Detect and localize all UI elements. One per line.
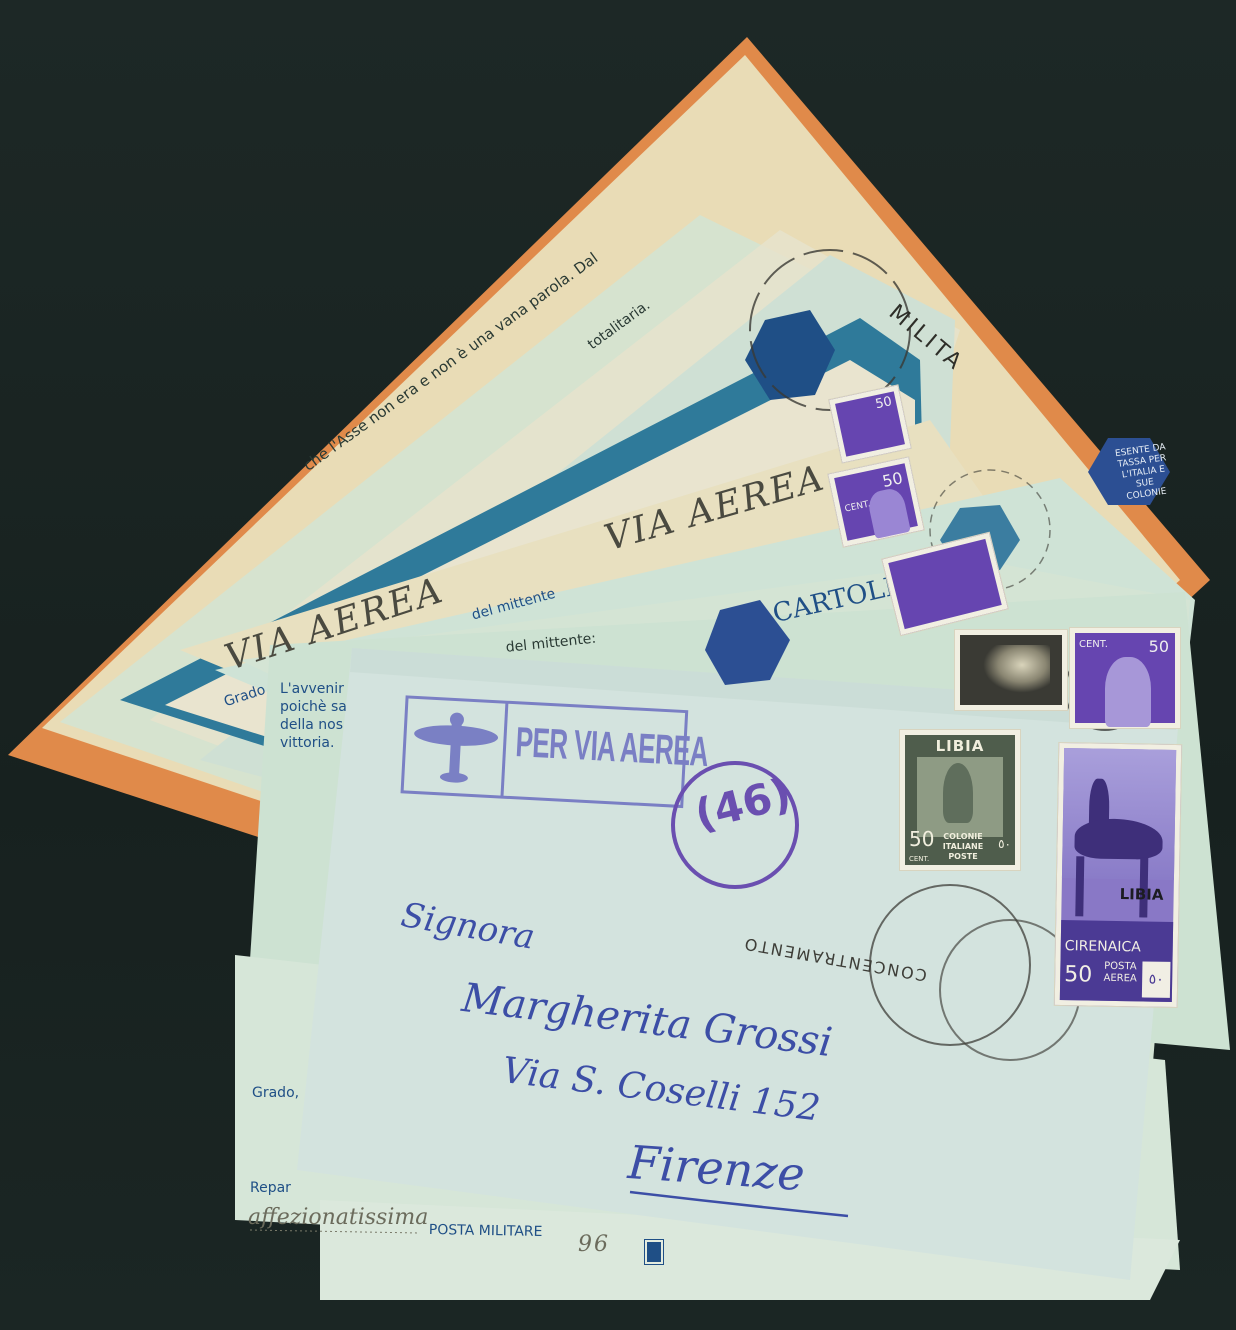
stamp-king-portrait: CENT. 50 [1070, 628, 1180, 728]
stamp-cirenaica-posta-aerea: LIBIA CIRENAICA 50 POSTA AEREA ٥٠ [1055, 743, 1182, 1007]
motto-line: poichè sa [280, 698, 354, 716]
motto-line: L'avvenir [280, 680, 354, 698]
postal-covers-photo: che l'Asse non era e non è una vana paro… [0, 0, 1236, 1330]
posta-militare-label: POSTA MILITARE [429, 1222, 543, 1240]
stamp-libia-colonie: LIBIA 50 CENT. COLONIE ITALIANE POSTE ٥٠ [900, 730, 1020, 870]
motto-line: vittoria. [280, 734, 354, 752]
indicia-text: ESENTE DA TASSA PER L'ITALIA E SUE COLON… [1110, 442, 1177, 505]
stamp-pegasus [955, 630, 1067, 710]
bottom-grado-label: Grado, [252, 1085, 299, 1101]
motto-block: L'avvenir poichè sa della nos vittoria. [280, 680, 354, 752]
airmail-label: PER VIA AEREA [514, 718, 709, 776]
bottom-reparto-label: Repar [250, 1180, 291, 1196]
fasces-emblem-icon [645, 1240, 663, 1264]
motto-line: della nos [280, 716, 354, 734]
pm-number: 96 [578, 1232, 610, 1257]
handwritten-signature: affezionatissima [248, 1205, 428, 1230]
